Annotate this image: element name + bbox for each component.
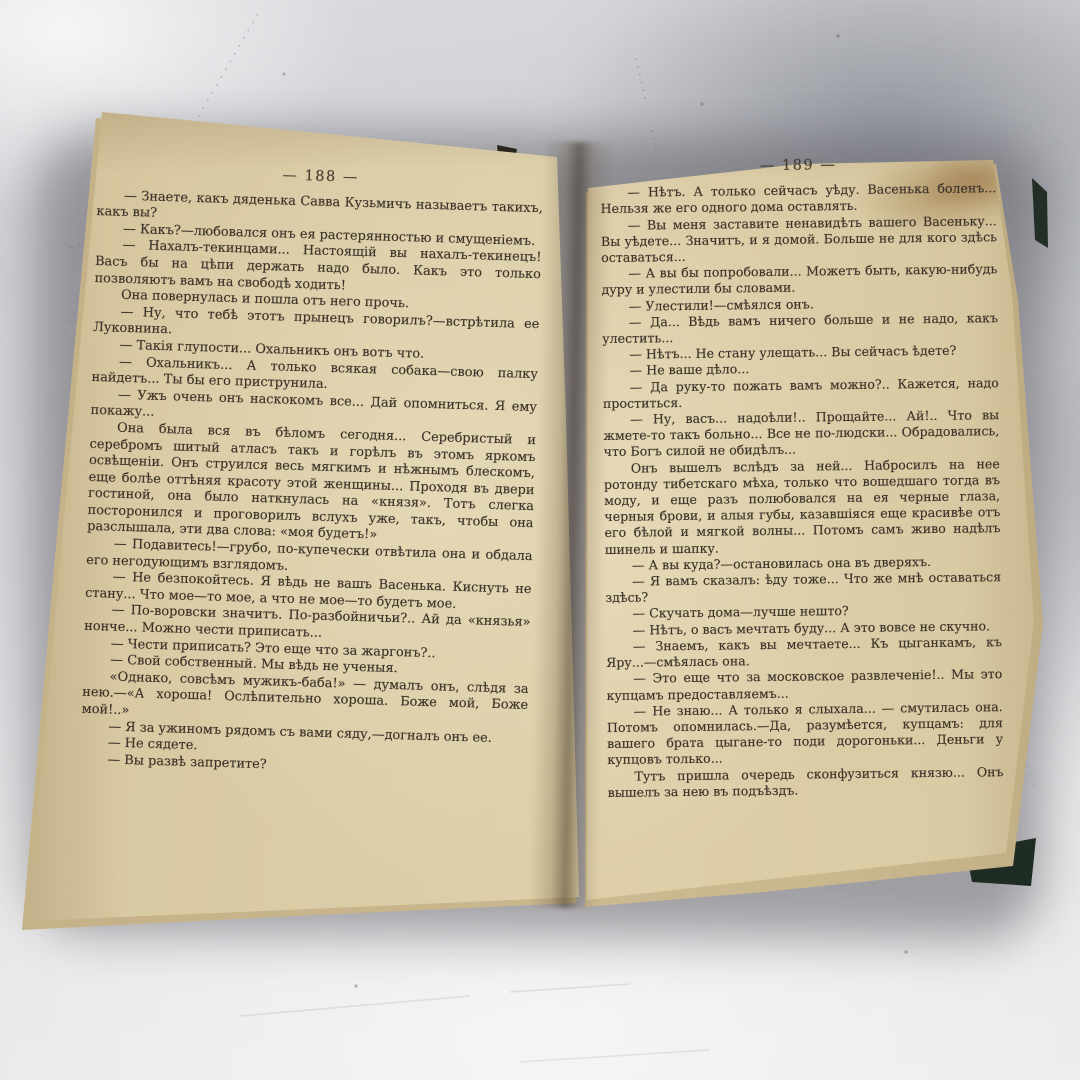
book-gutter <box>529 141 614 908</box>
paragraph: — Знаемъ, какъ вы мечтаете... Къ цыганка… <box>606 634 1002 671</box>
paragraph: — Я вамъ сказалъ: ѣду тоже... Что же мнѣ… <box>605 569 1001 606</box>
paragraph: — Не знаю... А только я слыхала... — сму… <box>607 699 1004 769</box>
page-number-right: — 189 — <box>600 155 996 176</box>
left-page-text: — 188 — — Знаете, какъ дяденька Савва Ку… <box>80 162 544 781</box>
paragraph: — Да... Вѣдь вамъ ничего больше и не над… <box>602 310 998 347</box>
right-page-body: — Нѣтъ. А только сейчасъ уѣду. Васенька … <box>600 180 1003 801</box>
paragraph: — А вы бы попробовали... Можетъ быть, ка… <box>601 261 997 298</box>
paragraph: — Вы меня заставите ненавидѣть вашего Ва… <box>601 213 998 266</box>
paragraph: Онъ вышелъ вслѣдъ за ней... Набросилъ на… <box>604 456 1001 558</box>
right-page-text: — 189 — — Нѣтъ. А только сейчасъ уѣду. В… <box>600 155 1004 801</box>
paragraph: — Это еще что за московское развлеченіе!… <box>606 666 1002 703</box>
paragraph: Она была вся въ бѣломъ сегодня... Серебр… <box>87 420 536 549</box>
left-page-body: — Знаете, какъ дяденька Савва Кузьмичъ н… <box>80 188 543 782</box>
paragraph: — Ну, васъ... надоѣли!.. Прощайте... Ай!… <box>603 407 1000 460</box>
paragraph: Тутъ пришла очередь сконфузиться князю..… <box>607 764 1003 801</box>
paragraph: — Да руку-то пожать вамъ можно?.. Кажетс… <box>603 375 999 412</box>
paragraph: — Нѣтъ. А только сейчасъ уѣду. Васенька … <box>600 180 996 217</box>
photo: — 188 — — Знаете, какъ дяденька Савва Ку… <box>0 0 1080 1080</box>
